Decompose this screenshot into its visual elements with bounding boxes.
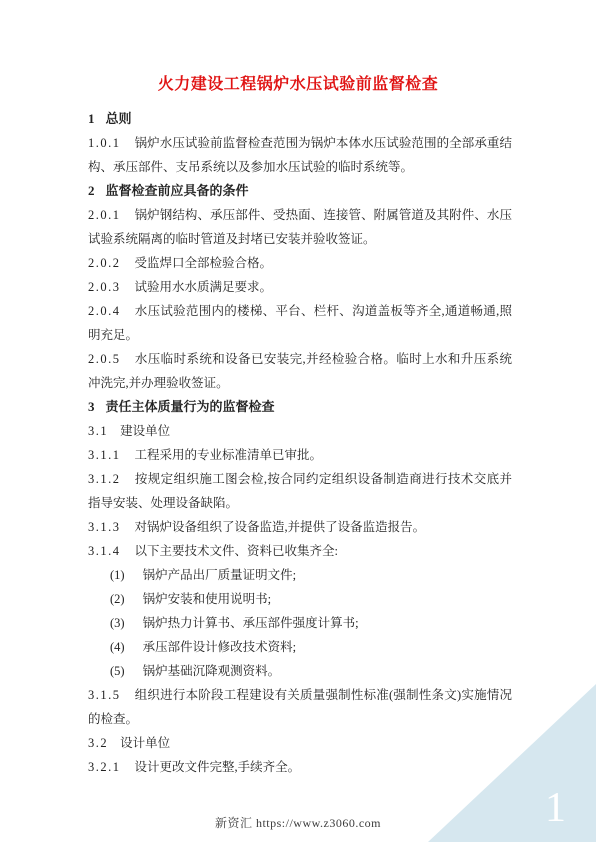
clause-number: 3.1.3	[88, 520, 121, 534]
clause-text: 以下主要技术文件、资料已收集齐全:	[135, 544, 338, 558]
clause-number: 2.0.3	[88, 280, 121, 294]
list-item-number: (2)	[110, 592, 125, 606]
document-body: 1总则 1.0.1锅炉水压试验前监督检查范围为锅炉本体水压试验范围的全部承重结构…	[0, 107, 596, 779]
clause-text: 建设单位	[120, 424, 170, 438]
clause-number: 2.0.2	[88, 256, 121, 270]
list-item: (2)锅炉安装和使用说明书;	[88, 587, 512, 611]
clause-text: 组织进行本阶段工程建设有关质量强制性标准(强制性条文)实施情况的检查。	[88, 688, 512, 726]
clause-text: 锅炉钢结构、承压部件、受热面、连接管、附属管道及其附件、水压试验系统隔离的临时管…	[88, 208, 512, 246]
sub-heading: 3.2设计单位	[88, 731, 512, 755]
list-item: (5)锅炉基础沉降观测资料。	[88, 659, 512, 683]
doc-paragraph: 2.0.3试验用水水质满足要求。	[88, 275, 512, 299]
list-item-number: (3)	[110, 616, 125, 630]
doc-paragraph: 3.1.1工程采用的专业标准清单已审批。	[88, 443, 512, 467]
clause-number: 2.0.5	[88, 352, 121, 366]
clause-text: 试验用水水质满足要求。	[135, 280, 273, 294]
document-title: 火力建设工程锅炉水压试验前监督检查	[0, 0, 596, 98]
doc-paragraph: 3.1.5组织进行本阶段工程建设有关质量强制性标准(强制性条文)实施情况的检查。	[88, 683, 512, 731]
clause-number: 3.2	[88, 736, 108, 750]
section-heading: 3责任主体质量行为的监督检查	[88, 395, 512, 419]
clause-text: 责任主体质量行为的监督检查	[106, 399, 275, 414]
doc-paragraph: 1.0.1锅炉水压试验前监督检查范围为锅炉本体水压试验范围的全部承重结构、承压部…	[88, 131, 512, 179]
clause-number: 2.0.4	[88, 304, 121, 318]
list-item: (3)锅炉热力计算书、承压部件强度计算书;	[88, 611, 512, 635]
section-heading: 2监督检查前应具备的条件	[88, 179, 512, 203]
clause-number: 1	[88, 111, 95, 126]
list-item-number: (5)	[110, 664, 125, 678]
list-item-number: (4)	[110, 640, 125, 654]
doc-paragraph: 3.1.2按规定组织施工图会检,按合同约定组织设备制造商进行技术交底并指导安装、…	[88, 467, 512, 515]
footer-watermark: 新资汇 https://www.z3060.com	[0, 814, 596, 831]
doc-paragraph: 2.0.1锅炉钢结构、承压部件、受热面、连接管、附属管道及其附件、水压试验系统隔…	[88, 203, 512, 251]
list-item-text: 承压部件设计修改技术资料;	[143, 640, 296, 654]
clause-number: 3.2.1	[88, 760, 121, 774]
doc-paragraph: 3.1.3对锅炉设备组织了设备监造,并提供了设备监造报告。	[88, 515, 512, 539]
clause-text: 监督检查前应具备的条件	[106, 183, 249, 198]
doc-paragraph: 3.2.1设计更改文件完整,手续齐全。	[88, 755, 512, 779]
clause-text: 对锅炉设备组织了设备监造,并提供了设备监造报告。	[135, 520, 426, 534]
section-heading: 1总则	[88, 107, 512, 131]
doc-paragraph: 2.0.4水压试验范围内的楼梯、平台、栏杆、沟道盖板等齐全,通道畅通,照明充足。	[88, 299, 512, 347]
clause-number: 2	[88, 183, 95, 198]
list-item: (4)承压部件设计修改技术资料;	[88, 635, 512, 659]
document-page: 火力建设工程锅炉水压试验前监督检查 1总则 1.0.1锅炉水压试验前监督检查范围…	[0, 0, 596, 842]
sub-heading: 3.1建设单位	[88, 419, 512, 443]
clause-number: 3.1.1	[88, 448, 121, 462]
list-item-text: 锅炉安装和使用说明书;	[143, 592, 271, 606]
clause-text: 设计单位	[120, 736, 170, 750]
clause-number: 1.0.1	[88, 136, 121, 150]
clause-text: 受监焊口全部检验合格。	[135, 256, 273, 270]
list-item-text: 锅炉产品出厂质量证明文件;	[143, 568, 296, 582]
doc-paragraph: 2.0.5水压临时系统和设备已安装完,并经检验合格。临时上水和升压系统冲洗完,并…	[88, 347, 512, 395]
doc-paragraph: 3.1.4以下主要技术文件、资料已收集齐全:	[88, 539, 512, 563]
clause-text: 锅炉水压试验前监督检查范围为锅炉本体水压试验范围的全部承重结构、承压部件、支吊系…	[88, 136, 512, 174]
clause-number: 3	[88, 399, 95, 414]
clause-number: 3.1	[88, 424, 108, 438]
clause-number: 3.1.5	[88, 688, 121, 702]
clause-text: 水压试验范围内的楼梯、平台、栏杆、沟道盖板等齐全,通道畅通,照明充足。	[88, 304, 512, 342]
clause-text: 总则	[106, 111, 132, 126]
list-item-text: 锅炉热力计算书、承压部件强度计算书;	[143, 616, 359, 630]
list-item-text: 锅炉基础沉降观测资料。	[143, 664, 281, 678]
clause-number: 3.1.2	[88, 472, 121, 486]
doc-paragraph: 2.0.2受监焊口全部检验合格。	[88, 251, 512, 275]
clause-text: 水压临时系统和设备已安装完,并经检验合格。临时上水和升压系统冲洗完,并办理验收签…	[88, 352, 512, 390]
clause-number: 3.1.4	[88, 544, 121, 558]
clause-text: 按规定组织施工图会检,按合同约定组织设备制造商进行技术交底并指导安装、处理设备缺…	[88, 472, 512, 510]
list-item: (1)锅炉产品出厂质量证明文件;	[88, 563, 512, 587]
clause-text: 工程采用的专业标准清单已审批。	[135, 448, 323, 462]
clause-number: 2.0.1	[88, 208, 121, 222]
clause-text: 设计更改文件完整,手续齐全。	[135, 760, 301, 774]
list-item-number: (1)	[110, 568, 125, 582]
